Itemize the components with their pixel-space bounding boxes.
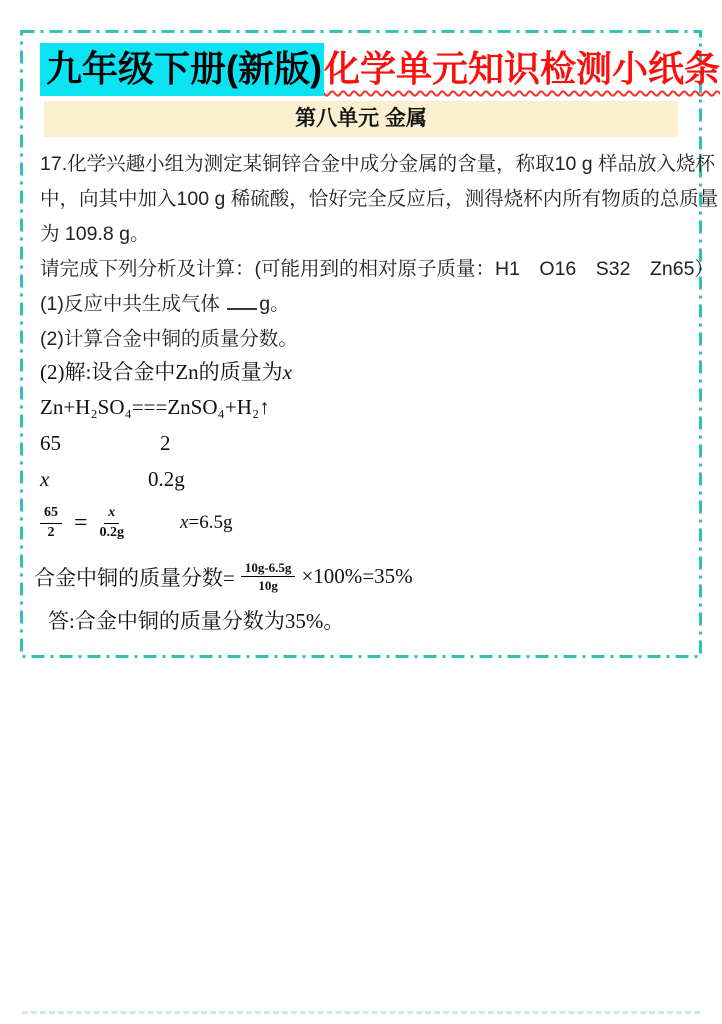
assumption-text: (2)解:设合金中Zn的质量为 [40, 360, 283, 384]
fraction-right: x 0.2g [100, 505, 125, 542]
title-highlighted-part: 九年级下册(新版) [40, 43, 324, 96]
proportion-result: x=6.5g [180, 512, 232, 534]
mass-fraction-fraction: 10g-6.5g 10g [241, 560, 296, 594]
mass-fraction-equation: 合金中铜的质量分数= 10g-6.5g 10g ×100%=35% [34, 560, 682, 594]
mass-fraction-numerator: 10g-6.5g [241, 560, 296, 578]
final-answer: 答:合金中铜的质量分数为35%。 [40, 606, 682, 637]
actual-mass-zn: x [40, 464, 148, 495]
question-part1: (1)反应中共生成气体 g。 [40, 287, 682, 322]
mass-fraction-label: 合金中铜的质量分数= [34, 562, 235, 592]
question-part1-unit: g。 [259, 293, 289, 315]
question-part1-text: (1)反应中共生成气体 [40, 293, 220, 315]
result-value: =6.5g [188, 512, 232, 533]
solution-block: (2)解:设合金中Zn的质量为x Zn+H₂SO₄===ZnSO₄+H₂↑ 65… [40, 357, 682, 637]
fraction-right-numerator: x [104, 505, 119, 524]
assumption-variable: x [283, 360, 292, 384]
mass-fraction-result: ×100%=35% [301, 564, 412, 589]
fraction-right-denominator: 0.2g [100, 524, 125, 542]
chemical-equation: Zn+H₂SO₄===ZnSO₄+H₂↑ [40, 392, 682, 423]
question-line-3: 为 109.8 g。 [40, 217, 682, 252]
question-line-1: 17.化学兴趣小组为测定某铜锌合金中成分金属的含量，称取10 g 样品放入烧杯 [40, 147, 682, 182]
equals-sign: = [74, 510, 88, 537]
question-line-2: 中，向其中加入100 g 稀硫酸，恰好完全反应后，测得烧杯内所有物质的总质量 [40, 182, 682, 217]
question-block: 17.化学兴趣小组为测定某铜锌合金中成分金属的含量，称取10 g 样品放入烧杯 … [40, 147, 682, 357]
worksheet-card: 九年级下册(新版)化学单元知识检测小纸条 第八单元 金属 17.化学兴趣小组为测… [22, 32, 700, 656]
page-title: 九年级下册(新版)化学单元知识检测小纸条 [40, 46, 682, 91]
actual-mass-h2: 0.2g [148, 464, 185, 495]
question-hint: 请完成下列分析及计算：(可能用到的相对原子质量：H1 O16 S32 Zn65） [40, 252, 682, 287]
question-part2: (2)计算合金中铜的质量分数。 [40, 322, 682, 357]
mass-fraction-denominator: 10g [258, 577, 278, 594]
molar-mass-zn: 65 [40, 428, 148, 459]
fraction-left: 65 2 [40, 505, 62, 542]
fraction-left-denominator: 2 [48, 524, 55, 542]
unit-banner: 第八单元 金属 [44, 101, 678, 137]
answer-blank-line [227, 290, 257, 310]
next-card-top-border [22, 1011, 700, 1014]
solution-assumption: (2)解:设合金中Zn的质量为x [40, 357, 682, 388]
fraction-left-numerator: 65 [40, 505, 62, 524]
worksheet-page: 九年级下册(新版)化学单元知识检测小纸条 第八单元 金属 17.化学兴趣小组为测… [0, 0, 722, 1024]
title-red-part: 化学单元知识检测小纸条 [324, 48, 720, 89]
ratio-row-actual: x 0.2g [40, 464, 682, 495]
proportion-equation: 65 2 = x 0.2g x=6.5g [40, 505, 682, 542]
ratio-row-molar: 65 2 [40, 428, 682, 459]
molar-mass-h2: 2 [148, 428, 171, 459]
